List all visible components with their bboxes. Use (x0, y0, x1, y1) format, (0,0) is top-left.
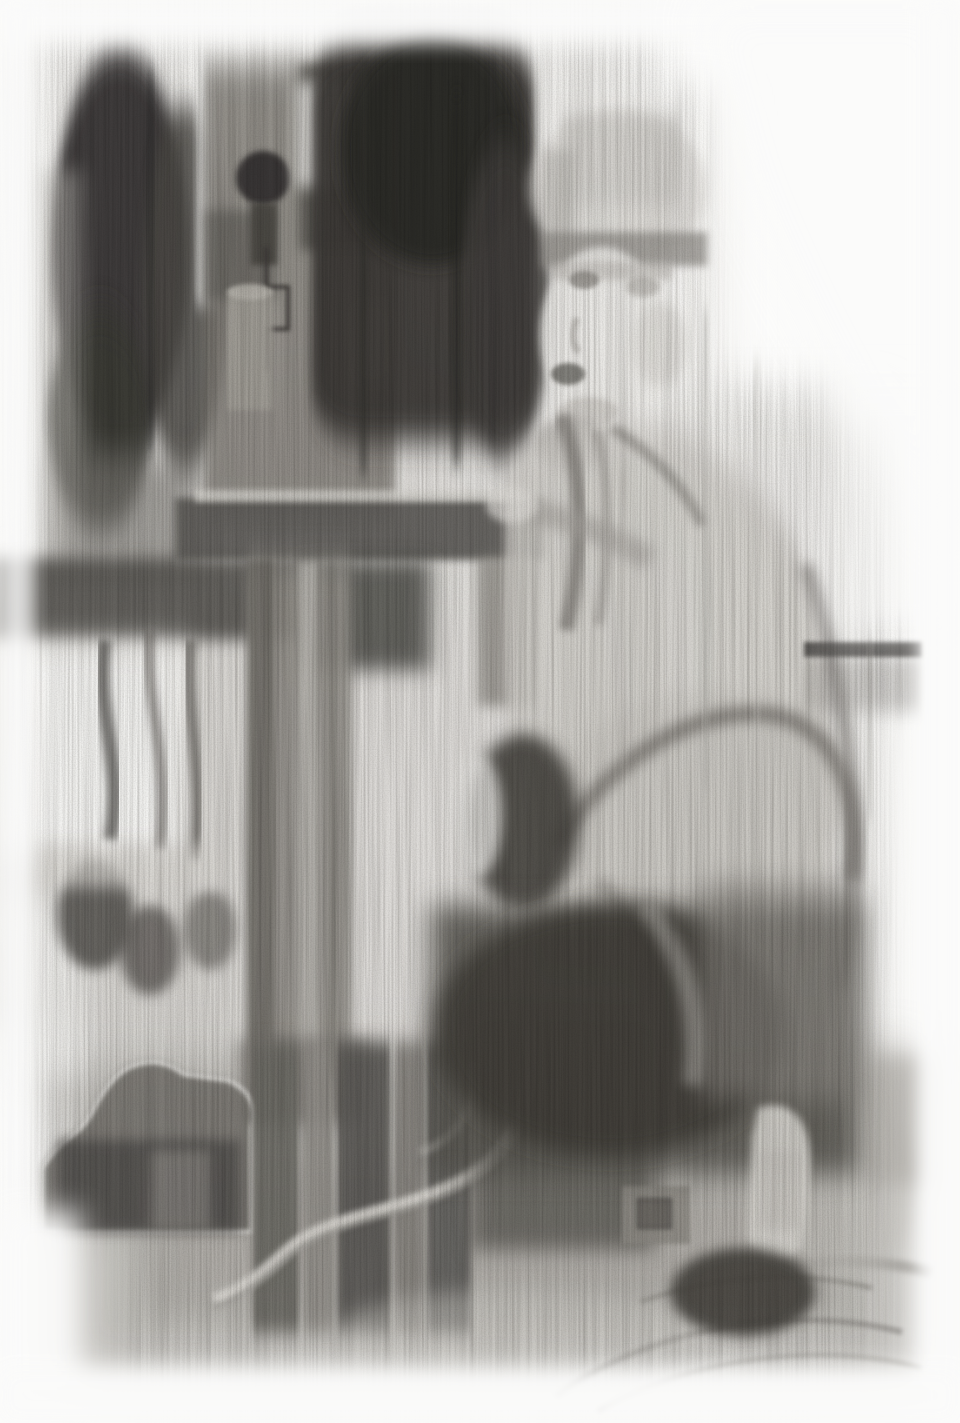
fade-bottom (0, 1368, 960, 1423)
artwork-canvas (0, 0, 960, 1423)
charcoal-drawing (0, 0, 960, 1423)
fade-right (918, 0, 960, 1423)
fade-left (0, 0, 34, 1423)
